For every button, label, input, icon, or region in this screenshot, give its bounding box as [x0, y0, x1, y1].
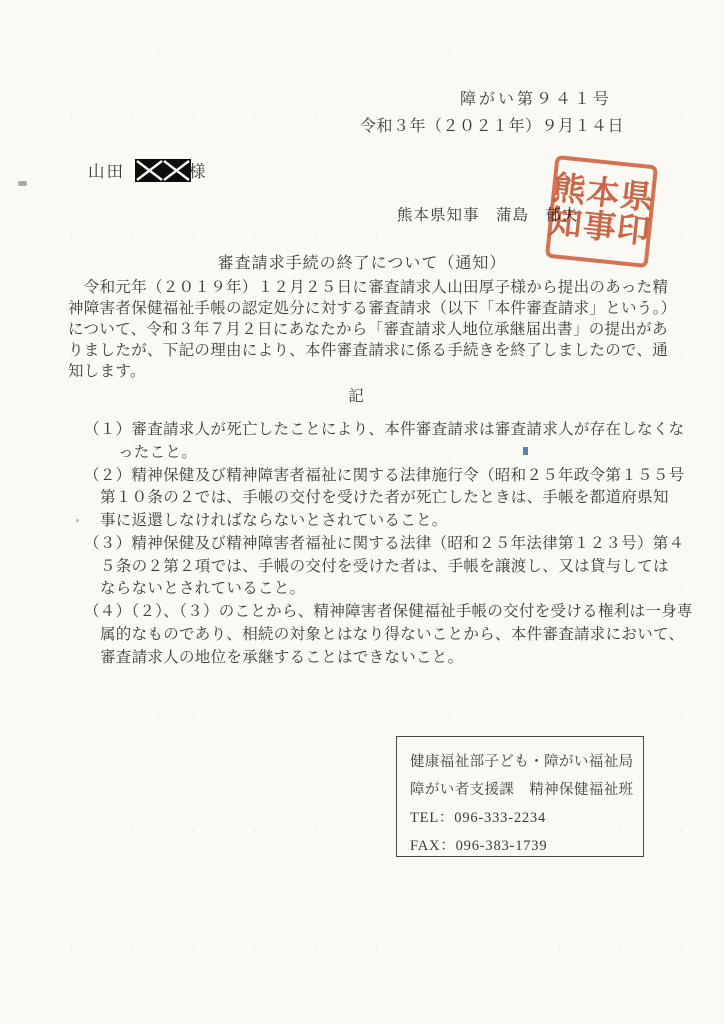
item-line: 属的なものであり、相続の対象とはなり得ないことから、本件審査請求において、	[84, 624, 684, 647]
item-line: （３）精神保健及び精神障害者福祉に関する法律（昭和２５年法律第１２３号）第４	[84, 533, 684, 556]
contact-division: 障がい者支援課 精神保健福祉班	[410, 776, 643, 804]
notice-title: 審査請求手続の終了について（通知）	[0, 250, 724, 273]
body-paragraph: 令和元年（２０１９年）１２月２５日に審査請求人山田厚子様から提出のあった精 神障…	[68, 277, 676, 382]
item-line: 審査請求人の地位を承継することはできないこと。	[84, 647, 684, 670]
list-heading-ki: 記	[0, 384, 712, 406]
contact-fax: FAX：096-383-1739	[410, 832, 643, 860]
scan-artifact-speck	[18, 181, 27, 186]
body-line: 知します。	[68, 361, 676, 382]
reason-item-4: （４）（２）、（３）のことから、精神障害者保健福祉手帳の交付を受ける権利は一身専…	[84, 601, 684, 669]
body-line: りましたが、下記の理由により、本件審査請求に係る手続きを終了しましたので、通	[68, 340, 676, 361]
document-number: 障がい第９４１号	[460, 86, 612, 109]
issue-date: 令和３年（２０２１年）９月１４日	[360, 113, 624, 136]
reason-item-3: （３）精神保健及び精神障害者福祉に関する法律（昭和２５年法律第１２３号）第４ ５…	[84, 533, 684, 601]
body-line: 令和元年（２０１９年）１２月２５日に審査請求人山田厚子様から提出のあった精	[68, 277, 676, 298]
contact-tel: TEL：096-333-2234	[410, 804, 643, 832]
redaction-x-pattern	[135, 159, 191, 182]
body-line: 神障害者保健福祉手帳の認定処分に対する審査請求（以下「本件審査請求」という。）	[68, 298, 676, 319]
seal-row-2: 知事印	[547, 206, 652, 250]
addressee-line: 山田 様	[88, 158, 206, 182]
body-line: について、令和３年７月２日にあなたから「審査請求人地位承継届出書」の提出があ	[68, 319, 676, 340]
reason-list: （１）審査請求人が死亡したことにより、本件審査請求は審査請求人が存在しなくな っ…	[84, 419, 684, 669]
reason-item-1: （１）審査請求人が死亡したことにより、本件審査請求は審査請求人が存在しなくな っ…	[84, 419, 684, 465]
item-line: （１）審査請求人が死亡したことにより、本件審査請求は審査請求人が存在しなくな	[84, 419, 684, 442]
addressee-honorific: 様	[189, 158, 206, 182]
item-line: ったこと。	[84, 442, 684, 465]
item-line: ５条の２第２項では、手帳の交付を受けた者は、手帳を譲渡し、又は貸与しては	[84, 556, 684, 579]
contact-info-box: 健康福祉部子ども・障がい福祉局 障がい者支援課 精神保健福祉班 TEL：096-…	[396, 736, 644, 857]
item-line: ならないとされていること。	[84, 578, 684, 601]
scanned-notice-page: { "notice": { "doc_number": "障がい第９４１号", …	[0, 0, 724, 1024]
item-line: 第１０条の２では、手帳の交付を受けた者が死亡したときは、手帳を都道府県知	[84, 487, 684, 510]
item-line: 事に返還しなければならないとされていること。	[84, 510, 684, 533]
contact-department: 健康福祉部子ども・障がい福祉局	[410, 748, 643, 776]
item-line: （４）（２）、（３）のことから、精神障害者保健福祉手帳の交付を受ける権利は一身専	[84, 601, 684, 624]
scan-artifact-speck	[76, 519, 79, 522]
item-line: （２）精神保健及び精神障害者福祉に関する法律施行令（昭和２５年政令第１５５号	[84, 465, 684, 488]
reason-item-2: （２）精神保健及び精神障害者福祉に関する法律施行令（昭和２５年政令第１５５号 第…	[84, 465, 684, 533]
addressee-surname: 山田	[88, 158, 125, 182]
redaction-box	[135, 159, 191, 182]
